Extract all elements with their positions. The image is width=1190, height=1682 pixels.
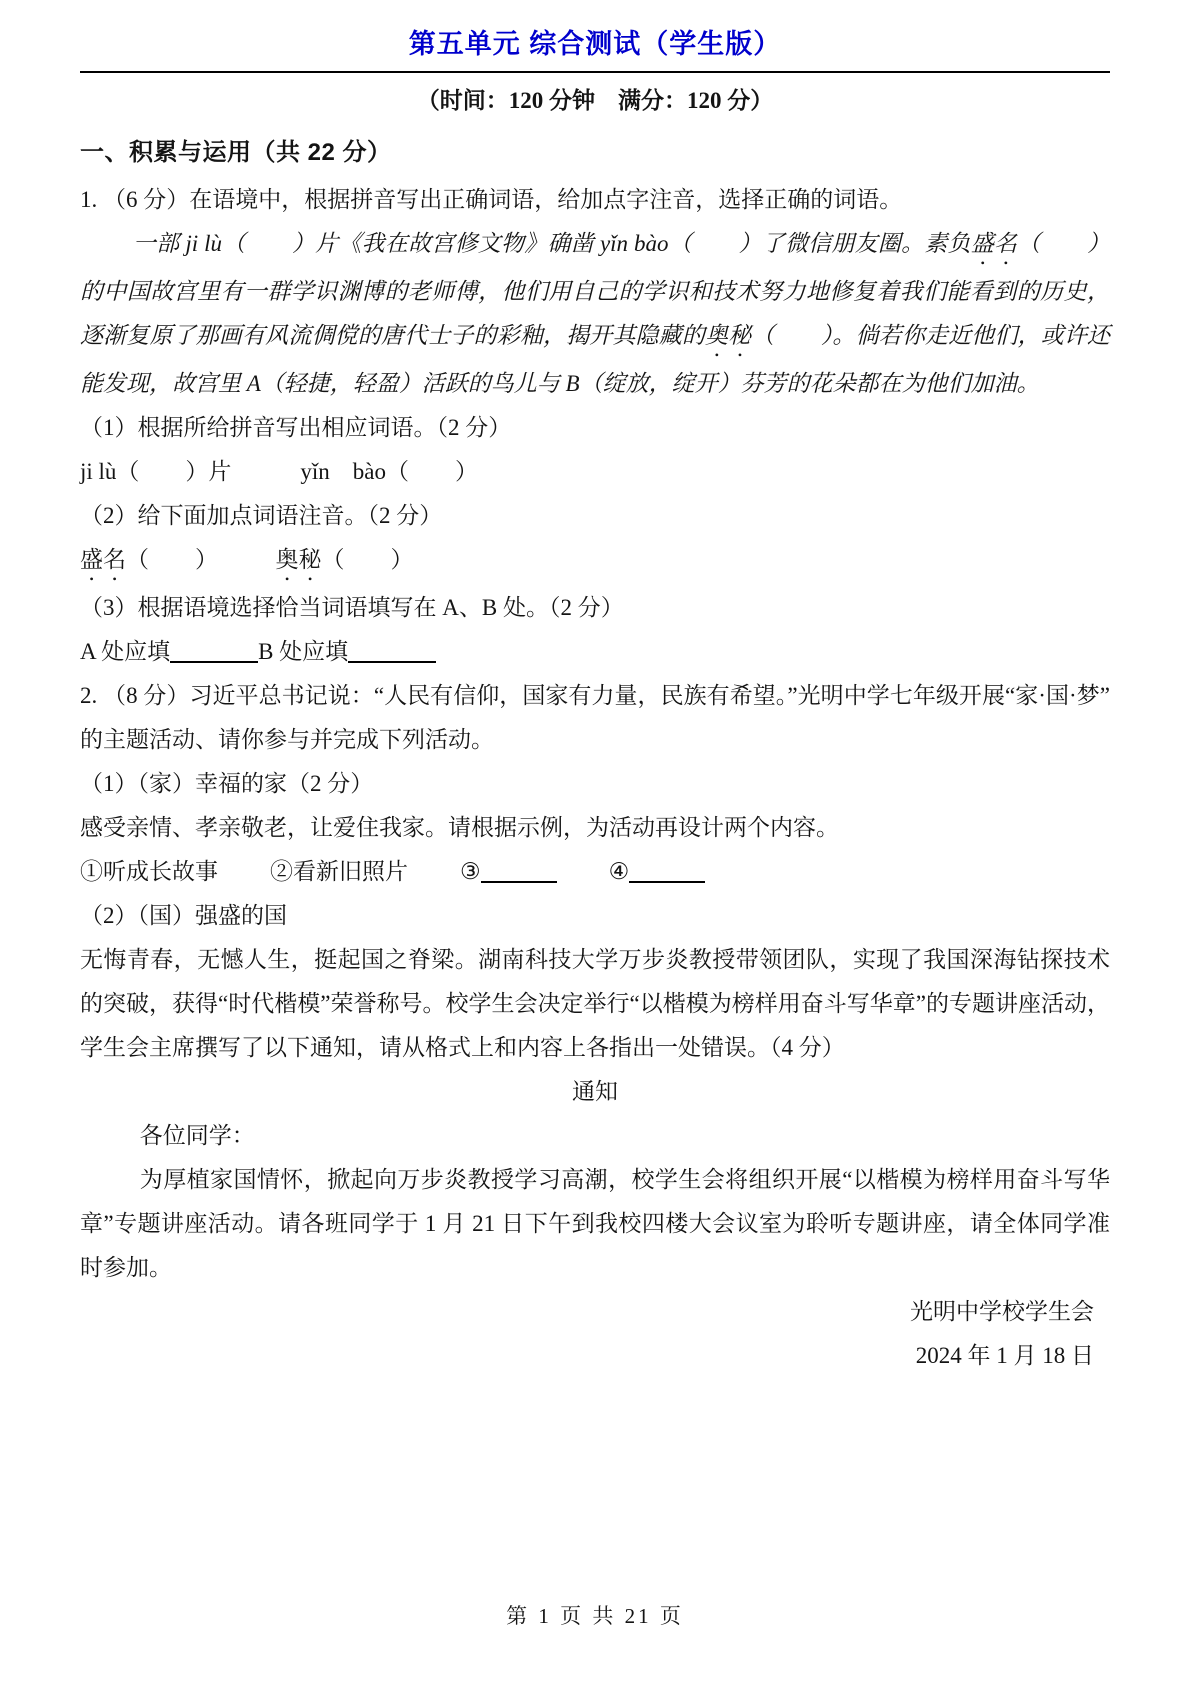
notice-date: 2024 年 1 月 18 日 [80,1334,1110,1378]
section-heading: 一、积累与运用（共 22 分） [80,136,1110,170]
text-segment: 一部 ji lù（ ）片《我在故宫修文物》确凿 yǐn bào（ ）了微信朋友圈… [133,231,971,256]
notice-body: 为厚植家国情怀，掀起向万步炎教授学习高潮，校学生会将组织开展“以楷模为榜样用奋斗… [80,1158,1110,1290]
blank-activity-4 [629,861,705,883]
time-score-line: （时间：120 分钟 满分：120 分） [80,86,1110,116]
notice-signature: 光明中学校学生会 [80,1290,1110,1334]
notice-title: 通知 [80,1070,1110,1114]
page-content: 第五单元 综合测试（学生版） （时间：120 分钟 满分：120 分） 一、积累… [0,0,1190,1378]
text-segment: （ ） [126,547,276,572]
dotted-word: 盛名 [971,231,1017,256]
q1-stem: 1. （6 分）在语境中，根据拼音写出正确词语，给加点字注音，选择正确的词语。 [80,178,1110,222]
activity-1: ①听成长故事 [80,859,218,884]
activity-3: ③ [460,859,481,884]
blank-b-line [348,641,436,663]
dotted-word: 盛名 [80,547,126,572]
q1-passage: 一部 ji lù（ ）片《我在故宫修文物》确凿 yǐn bào（ ）了微信朋友圈… [80,222,1110,406]
activity-2: ②看新旧照片 [270,859,408,884]
q1-sub1-stem: （1）根据所给拼音写出相应词语。（2 分） [80,406,1110,450]
page-title: 第五单元 综合测试（学生版） [80,26,1110,62]
q2-sub2-desc: 无悔青春，无憾人生，挺起国之脊梁。湖南科技大学万步炎教授带领团队，实现了我国深海… [80,938,1110,1070]
page-number: 第 1 页 共 21 页 [0,1600,1190,1630]
q2-sub1-desc: 感受亲情、孝亲敬老，让爱住我家。请根据示例，为活动再设计两个内容。 [80,806,1110,850]
blank-activity-3 [481,861,557,883]
activity-4: ④ [609,859,630,884]
q1-sub2-words-line: 盛名（ ） 奥秘（ ） [80,538,1110,586]
dotted-word: 奥秘 [276,547,322,572]
blank-b-label: B 处应填 [258,639,348,664]
q2-sub2-stem: （2）（国）强盛的国 [80,894,1110,938]
q1-sub1-pinyin-line: ji lù（ ）片 yǐn bào（ ） [80,450,1110,494]
q2-stem: 2. （8 分）习近平总书记说：“人民有信仰，国家有力量，民族有希望。”光明中学… [80,674,1110,762]
q1-sub3-answer-line: A 处应填B 处应填 [80,630,1110,674]
blank-a-line [170,641,258,663]
dotted-word: 奥秘 [705,323,751,348]
text-segment: （ ） [322,547,414,572]
notice-salutation: 各位同学： [80,1114,1110,1158]
test-paper-page: 第五单元 综合测试（学生版） （时间：120 分钟 满分：120 分） 一、积累… [0,0,1190,1682]
q2-activities-line: ①听成长故事②看新旧照片③④ [80,850,1110,894]
q1-sub2-stem: （2）给下面加点词语注音。（2 分） [80,494,1110,538]
blank-a-label: A 处应填 [80,639,170,664]
q1-sub3-stem: （3）根据语境选择恰当词语填写在 A、B 处。（2 分） [80,586,1110,630]
q2-sub1-stem: （1）（家）幸福的家（2 分） [80,762,1110,806]
header-divider [80,71,1110,73]
